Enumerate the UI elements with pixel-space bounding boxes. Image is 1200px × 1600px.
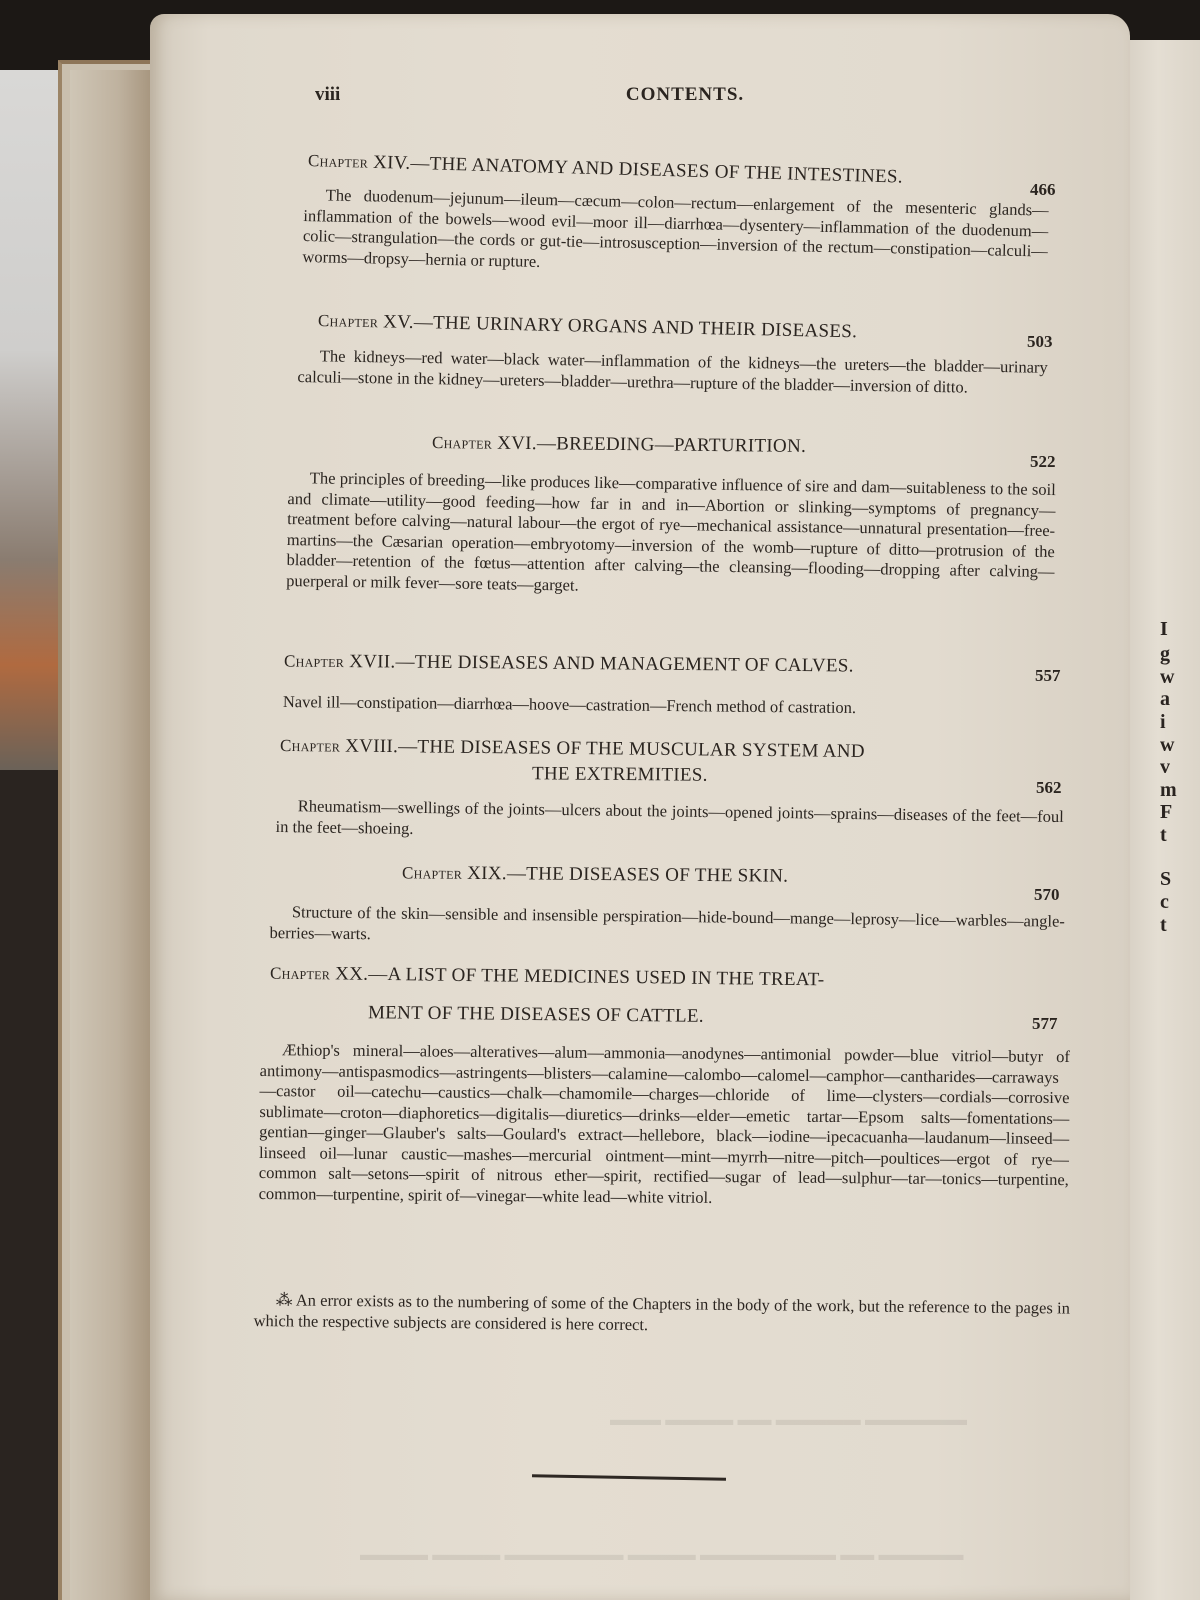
chapter-title: —BREEDING—PARTURITION.	[537, 433, 806, 457]
chapter-label: Chapter	[432, 433, 492, 453]
facing-page-fragment: w	[1160, 666, 1174, 688]
chapter-page-number: 562	[1036, 778, 1062, 798]
footnote-marker: ⁂	[276, 1290, 293, 1309]
footnote-text: An error exists as to the numbering of s…	[254, 1290, 1070, 1333]
chapter-heading-continued: MENT OF THE DISEASES OF CATTLE.	[368, 1002, 704, 1028]
chapter-label: Chapter	[308, 151, 369, 172]
bleed-through-text: ▬▬▬ ▬▬▬▬ ▬▬ ▬▬▬▬▬ ▬▬▬▬▬▬	[610, 1410, 967, 1430]
page-title: CONTENTS.	[315, 84, 1055, 106]
chapter-page-number: 577	[1032, 1014, 1058, 1034]
facing-page-fragment: F	[1160, 801, 1172, 823]
running-head: viii CONTENTS.	[315, 84, 1055, 110]
photo-scene: I g w a i w v m F t S c t ▬▬▬ ▬▬▬▬ ▬▬ ▬▬…	[0, 0, 1200, 1600]
chapter-page-number: 503	[1027, 332, 1053, 352]
chapter-label: Chapter	[318, 311, 378, 331]
facing-page-fragment: S	[1160, 868, 1171, 890]
chapter-numeral: XVII.	[349, 651, 396, 672]
chapter-numeral: XV.	[383, 311, 414, 333]
chapter-heading-continued: THE EXTREMITIES.	[532, 763, 708, 787]
chapter-title: —THE DISEASES AND MANAGEMENT OF CALVES.	[395, 651, 853, 676]
chapter-heading: Chapter XIX.—THE DISEASES OF THE SKIN.	[402, 862, 788, 887]
facing-page: I g w a i w v m F t S c t	[1130, 40, 1200, 1600]
chapter-page-number: 522	[1030, 452, 1056, 472]
chapter-numeral: XIX.	[467, 863, 507, 884]
facing-page-fragment: a	[1160, 688, 1170, 710]
chapter-title: —A LIST OF THE MEDICINES USED IN THE TRE…	[368, 964, 824, 991]
chapter-title: —THE DISEASES OF THE MUSCULAR SYSTEM AND	[398, 736, 865, 762]
facing-page-fragment: i	[1160, 711, 1166, 733]
chapter-numeral: XX.	[335, 963, 368, 984]
chapter-label: Chapter	[280, 736, 340, 756]
chapter-numeral: XVI.	[497, 433, 537, 454]
facing-page-fragment: g	[1160, 643, 1170, 665]
chapter-numeral: XIV.	[373, 152, 411, 174]
facing-page-fragment: I	[1160, 618, 1168, 640]
footnote: ⁂ An error exists as to the numbering of…	[254, 1290, 1070, 1340]
chapter-heading: Chapter XVI.—BREEDING—PARTURITION.	[432, 432, 806, 458]
chapter-summary: Æthiop's mineral—aloes—alteratives—alum—…	[259, 1040, 1070, 1211]
chapter-numeral: XVIII.	[345, 736, 398, 758]
chapter-page-number: 466	[1030, 180, 1056, 200]
chapter-label: Chapter	[270, 964, 330, 984]
facing-page-fragment: t	[1160, 914, 1167, 936]
chapter-title: —THE DISEASES OF THE SKIN.	[507, 863, 789, 886]
chapter-page-number: 557	[1035, 666, 1061, 686]
bleed-through-text: ▬▬▬▬ ▬▬▬▬ ▬▬▬▬▬▬▬ ▬▬▬▬ ▬▬▬▬▬▬▬▬ ▬▬ ▬▬▬▬▬	[360, 1545, 964, 1565]
book-endpaper	[70, 70, 150, 1600]
chapter-page-number: 570	[1034, 885, 1060, 905]
facing-page-fragment: c	[1160, 891, 1169, 913]
chapter-label: Chapter	[402, 863, 462, 883]
facing-page-fragment: v	[1160, 756, 1170, 778]
facing-page-fragment: w	[1160, 734, 1174, 756]
chapter-label: Chapter	[284, 652, 344, 672]
facing-page-fragment: t	[1160, 824, 1167, 846]
chapter-summary: The duodenum—jejunum—ileum—cæcum—colon—r…	[302, 185, 1049, 283]
chapter-summary: The principles of breeding—like produces…	[286, 468, 1056, 603]
facing-page-fragment: m	[1160, 779, 1177, 801]
